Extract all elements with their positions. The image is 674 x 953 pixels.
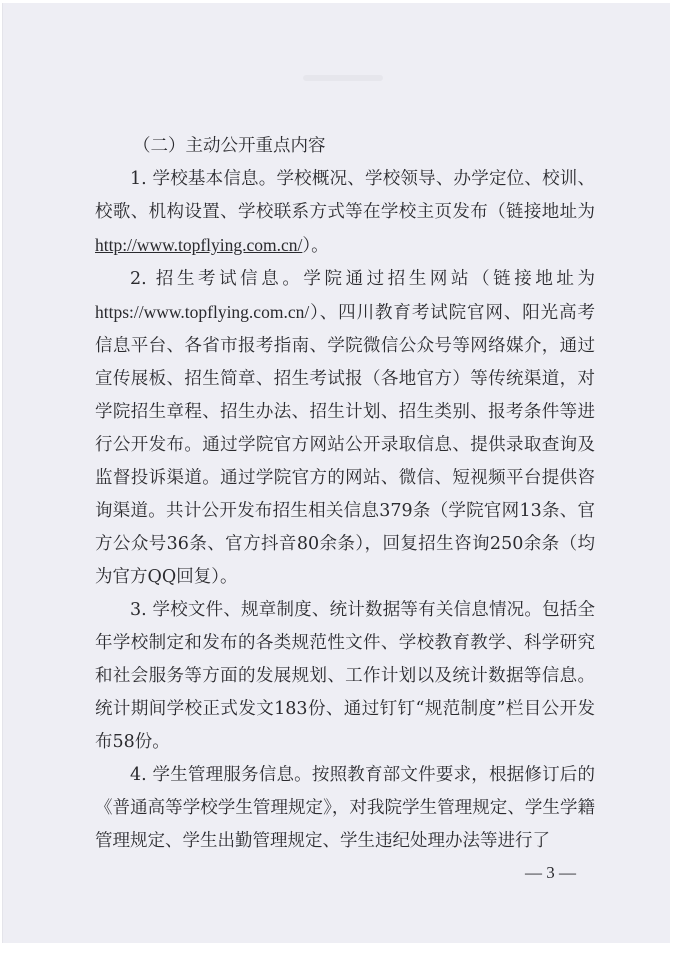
paragraph-item-3: 3. 学校文件、规章制度、统计数据等有关信息情况。包括全年学校制定和发布的各类规…: [95, 594, 595, 759]
item-text-tail: ）。: [302, 236, 328, 256]
item-text: 学校文件、规章制度、统计数据等有关信息情况。包括全年学校制定和发布的各类规范性文…: [95, 600, 595, 752]
item-text: 招生考试信息。学院通过招生网站（链接地址为: [156, 269, 595, 289]
section-heading: （二）主动公开重点内容: [95, 130, 595, 163]
paragraph-item-2: 2. 招生考试信息。学院通过招生网站（链接地址为https://www.topf…: [95, 263, 595, 594]
paragraph-item-4: 4. 学生管理服务信息。按照教育部文件要求，根据修订后的《普通高等学校学生管理规…: [95, 759, 595, 858]
item-number: 4.: [130, 765, 147, 785]
paragraph-item-1: 1. 学校基本信息。学校概况、学校领导、办学定位、校训、校歌、机构设置、学校联系…: [95, 163, 595, 263]
item-text: 学生管理服务信息。按照教育部文件要求，根据修订后的《普通高等学校学生管理规定》，…: [95, 765, 595, 851]
item-text: 学校基本信息。学校概况、学校领导、办学定位、校训、校歌、机构设置、学校联系方式等…: [95, 169, 595, 222]
item-number: 3.: [130, 600, 147, 620]
document-body: （二）主动公开重点内容 1. 学校基本信息。学校概况、学校领导、办学定位、校训、…: [95, 130, 595, 858]
item-number: 2.: [130, 269, 147, 289]
item-text-tail: ）、四川教育考试院官网、阳光高考信息平台、各省市报考指南、学院微信公众号等网络媒…: [95, 303, 595, 587]
admissions-link: https://www.topflying.com.cn/: [95, 302, 309, 322]
bleed-through-mark: [303, 75, 383, 81]
page-number: — 3 —: [525, 863, 576, 883]
document-page: （二）主动公开重点内容 1. 学校基本信息。学校概况、学校领导、办学定位、校训、…: [2, 3, 670, 943]
item-number: 1.: [130, 169, 147, 189]
homepage-link[interactable]: http://www.topflying.com.cn/: [95, 235, 302, 255]
